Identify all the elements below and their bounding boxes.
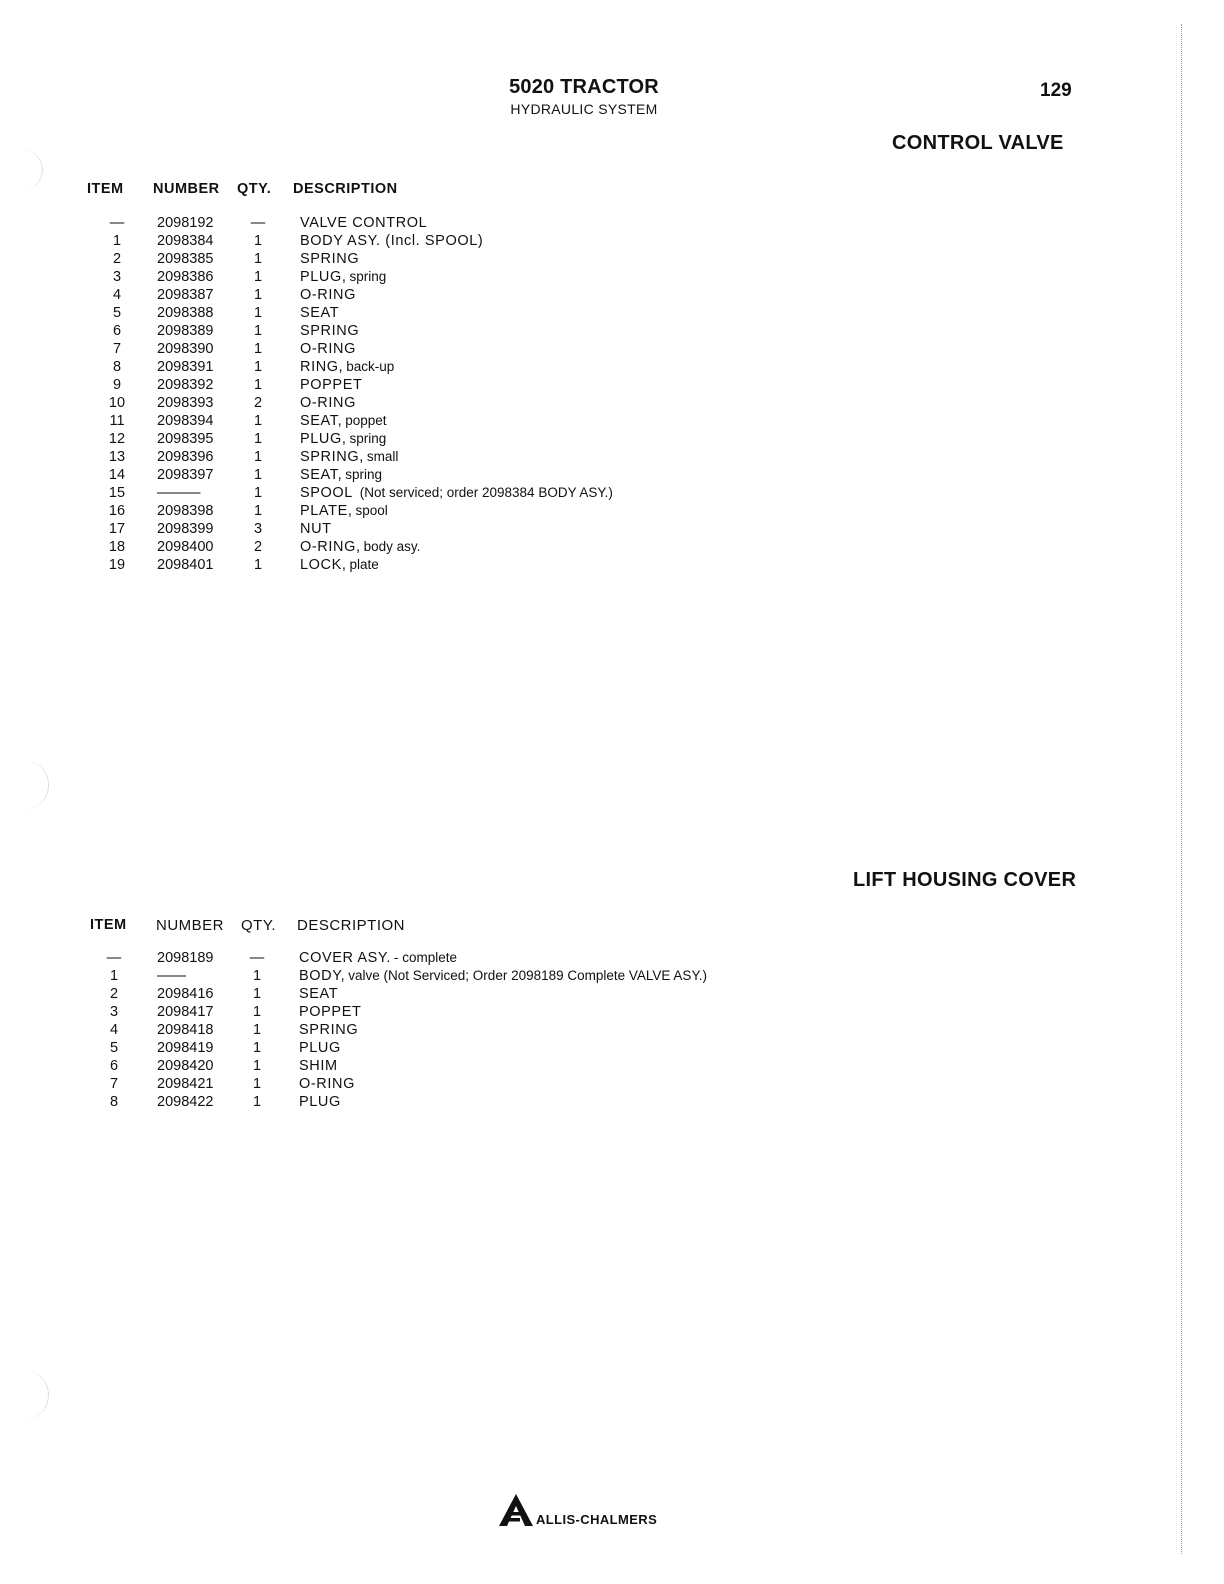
table-row: 15———1SPOOL (Not serviced; order 2098384… — [0, 485, 1000, 503]
description-main: COVER ASY. — [299, 950, 391, 966]
number-cell: 2098420 — [157, 1058, 213, 1074]
description-main: SEAT, — [300, 467, 342, 483]
allis-chalmers-logo-icon — [499, 1494, 533, 1526]
document-subtitle: HYDRAULIC SYSTEM — [0, 101, 1168, 117]
item-cell: 2 — [102, 251, 132, 267]
section-title-control-valve: CONTROL VALVE — [892, 132, 1064, 155]
number-cell: 2098399 — [157, 521, 213, 537]
qty-cell: 1 — [242, 1076, 272, 1092]
table-row: 420983871O-RING — [0, 287, 1000, 305]
number-cell: 2098391 — [157, 359, 213, 375]
description-main: LOCK, — [300, 557, 347, 573]
table-row: —2098192—VALVE CONTROL — [0, 215, 1000, 233]
description-detail: (Not serviced; order 2098384 BODY ASY.) — [356, 485, 613, 500]
item-cell: 1 — [102, 233, 132, 249]
table-row: 1020983932O-RING — [0, 395, 1000, 413]
column-header-qty: QTY. — [237, 181, 271, 197]
item-cell: 6 — [102, 323, 132, 339]
number-cell: 2098398 — [157, 503, 213, 519]
number-cell: 2098400 — [157, 539, 213, 555]
description-cell: O-RING — [300, 395, 359, 411]
number-cell: 2098386 — [157, 269, 213, 285]
description-cell: BODY ASY. (Incl. SPOOL) — [300, 233, 486, 249]
description-main: SEAT, — [300, 413, 342, 429]
number-cell: ——— — [157, 485, 201, 501]
description-cell: SHIM — [299, 1058, 341, 1074]
table-row: 1720983993NUT — [0, 521, 1000, 539]
brand-logo: ALLIS-CHALMERS — [499, 1494, 679, 1528]
number-cell: 2098417 — [157, 1004, 213, 1020]
qty-cell: 1 — [242, 1004, 272, 1020]
item-cell: 3 — [102, 269, 132, 285]
column-header-description: DESCRIPTION — [297, 917, 405, 934]
description-cell: PLUG,spring — [300, 431, 386, 447]
description-cell: SEAT — [299, 986, 341, 1002]
column-header-number: NUMBER — [156, 917, 224, 934]
description-detail: spring — [345, 467, 382, 482]
qty-cell: 1 — [242, 1058, 272, 1074]
description-cell: VALVE CONTROL — [300, 215, 430, 231]
column-header-qty: QTY. — [241, 917, 276, 934]
number-cell: 2098388 — [157, 305, 213, 321]
description-main: SEAT — [299, 986, 338, 1002]
number-cell: 2098422 — [157, 1094, 213, 1110]
description-main: O-RING — [300, 287, 356, 303]
table-row: 1120983941SEAT,poppet — [0, 413, 1000, 431]
table-row: 820983911RING,back-up — [0, 359, 1000, 377]
description-main: O-RING — [300, 395, 356, 411]
description-main: O-RING — [300, 341, 356, 357]
item-cell: 11 — [102, 413, 132, 429]
page-number: 129 — [1040, 80, 1072, 102]
qty-cell: 1 — [243, 305, 273, 321]
qty-cell: 1 — [243, 251, 273, 267]
description-cell: PLUG,spring — [300, 269, 386, 285]
description-detail: spool — [356, 503, 388, 518]
description-detail: - complete — [394, 950, 457, 965]
item-cell: 18 — [102, 539, 132, 555]
description-cell: O-RING,body asy. — [300, 539, 420, 555]
qty-cell: 1 — [242, 968, 272, 984]
qty-cell: 1 — [243, 269, 273, 285]
qty-cell: 1 — [243, 449, 273, 465]
qty-cell: 1 — [242, 1040, 272, 1056]
qty-cell: 1 — [243, 431, 273, 447]
item-cell: 15 — [102, 485, 132, 501]
qty-cell: 3 — [243, 521, 273, 537]
qty-cell: 1 — [243, 287, 273, 303]
number-cell: 2098385 — [157, 251, 213, 267]
description-detail: small — [367, 449, 399, 464]
description-cell: POPPET — [299, 1004, 364, 1020]
description-main: VALVE CONTROL — [300, 215, 427, 231]
number-cell: 2098397 — [157, 467, 213, 483]
description-main: SHIM — [299, 1058, 338, 1074]
table-row: 620984201SHIM — [0, 1058, 1000, 1076]
table-row: —2098189—COVER ASY.- complete — [0, 950, 1000, 968]
section-title-lift-housing-cover: LIFT HOUSING COVER — [853, 869, 1076, 892]
item-cell: 8 — [102, 359, 132, 375]
item-cell: 5 — [102, 305, 132, 321]
description-cell: O-RING — [299, 1076, 358, 1092]
item-cell: 5 — [99, 1040, 129, 1056]
number-cell: 2098401 — [157, 557, 213, 573]
column-header-item: ITEM — [90, 917, 127, 933]
number-cell: —— — [157, 968, 186, 984]
description-main: PLUG, — [300, 269, 347, 285]
item-cell: 19 — [102, 557, 132, 573]
description-main: SPRING — [299, 1022, 358, 1038]
qty-cell: 1 — [243, 557, 273, 573]
number-cell: 2098389 — [157, 323, 213, 339]
qty-cell: 1 — [243, 485, 273, 501]
scan-hole-mark — [20, 150, 43, 190]
item-cell: 1 — [99, 968, 129, 984]
table-row: 1220983951PLUG,spring — [0, 431, 1000, 449]
scan-edge-line — [1181, 24, 1182, 1554]
qty-cell: 1 — [243, 503, 273, 519]
description-cell: O-RING — [300, 341, 359, 357]
description-main: O-RING, — [300, 539, 361, 555]
number-cell: 2098394 — [157, 413, 213, 429]
description-cell: PLUG — [299, 1040, 344, 1056]
table-row: 220983851SPRING — [0, 251, 1000, 269]
table-row: 620983891SPRING — [0, 323, 1000, 341]
description-cell: O-RING — [300, 287, 359, 303]
item-cell: 3 — [99, 1004, 129, 1020]
item-cell: 12 — [102, 431, 132, 447]
description-detail: valve (Not Serviced; Order 2098189 Compl… — [348, 968, 707, 983]
item-cell: 13 — [102, 449, 132, 465]
column-header-description: DESCRIPTION — [293, 181, 398, 197]
description-cell: SPRING,small — [300, 449, 398, 465]
description-detail: spring — [350, 269, 387, 284]
description-main: SPRING — [300, 323, 359, 339]
number-cell: 2098387 — [157, 287, 213, 303]
qty-cell: 2 — [243, 539, 273, 555]
description-main: SPRING — [300, 251, 359, 267]
description-cell: LOCK,plate — [300, 557, 379, 573]
qty-cell: 1 — [243, 467, 273, 483]
document-title: 5020 TRACTOR — [0, 76, 1168, 99]
description-main: PLUG — [299, 1040, 341, 1056]
qty-cell: 1 — [243, 413, 273, 429]
description-cell: SPRING — [299, 1022, 361, 1038]
item-cell: 17 — [102, 521, 132, 537]
qty-cell: — — [242, 950, 272, 966]
qty-cell: 1 — [243, 323, 273, 339]
description-cell: SEAT,poppet — [300, 413, 387, 429]
number-cell: 2098396 — [157, 449, 213, 465]
number-cell: 2098395 — [157, 431, 213, 447]
description-main: SPOOL — [300, 485, 353, 501]
table-row: 520984191PLUG — [0, 1040, 1000, 1058]
description-main: NUT — [300, 521, 332, 537]
qty-cell: 1 — [243, 233, 273, 249]
qty-cell: 1 — [242, 986, 272, 1002]
description-main: SPRING, — [300, 449, 364, 465]
number-cell: 2098393 — [157, 395, 213, 411]
description-main: POPPET — [299, 1004, 361, 1020]
description-detail: plate — [350, 557, 379, 572]
description-cell: SEAT — [300, 305, 342, 321]
qty-cell: — — [243, 215, 273, 231]
number-cell: 2098390 — [157, 341, 213, 357]
description-main: BODY, — [299, 968, 345, 984]
description-cell: NUT — [300, 521, 335, 537]
description-cell: SPRING — [300, 323, 362, 339]
qty-cell: 1 — [242, 1094, 272, 1110]
table-row: 1420983971SEAT,spring — [0, 467, 1000, 485]
description-main: O-RING — [299, 1076, 355, 1092]
table-row: 220984161SEAT — [0, 986, 1000, 1004]
description-cell: COVER ASY.- complete — [299, 950, 457, 966]
scan-hole-mark — [20, 1370, 49, 1420]
description-cell: PLATE,spool — [300, 503, 388, 519]
table-row: 320984171POPPET — [0, 1004, 1000, 1022]
qty-cell: 1 — [243, 377, 273, 393]
description-detail: poppet — [345, 413, 386, 428]
table-row: 320983861PLUG,spring — [0, 269, 1000, 287]
description-cell: SEAT,spring — [300, 467, 382, 483]
item-cell: 7 — [99, 1076, 129, 1092]
table-row: 520983881SEAT — [0, 305, 1000, 323]
scan-hole-mark — [20, 760, 49, 810]
description-cell: SPRING — [300, 251, 362, 267]
column-header-number: NUMBER — [153, 181, 220, 197]
number-cell: 2098192 — [157, 215, 213, 231]
item-cell: 4 — [99, 1022, 129, 1038]
item-cell: 2 — [99, 986, 129, 1002]
description-main: RING, — [300, 359, 343, 375]
item-cell: 16 — [102, 503, 132, 519]
description-detail: back-up — [346, 359, 394, 374]
table-row: 720984211O-RING — [0, 1076, 1000, 1094]
brand-name: ALLIS-CHALMERS — [536, 1512, 657, 1527]
description-cell: PLUG — [299, 1094, 344, 1110]
table-row: 420984181SPRING — [0, 1022, 1000, 1040]
description-cell: SPOOL (Not serviced; order 2098384 BODY … — [300, 485, 613, 501]
number-cell: 2098419 — [157, 1040, 213, 1056]
table-row: 1620983981PLATE,spool — [0, 503, 1000, 521]
description-detail: body asy. — [364, 539, 421, 554]
item-cell: 8 — [99, 1094, 129, 1110]
item-cell: — — [102, 215, 132, 231]
description-detail: spring — [350, 431, 387, 446]
description-main: POPPET — [300, 377, 362, 393]
table-row: 820984221PLUG — [0, 1094, 1000, 1112]
description-cell: BODY,valve (Not Serviced; Order 2098189 … — [299, 968, 707, 984]
table-row: 1320983961SPRING,small — [0, 449, 1000, 467]
table-row: 120983841BODY ASY. (Incl. SPOOL) — [0, 233, 1000, 251]
item-cell: 4 — [102, 287, 132, 303]
number-cell: 2098189 — [157, 950, 213, 966]
number-cell: 2098416 — [157, 986, 213, 1002]
qty-cell: 1 — [242, 1022, 272, 1038]
table-row: 1820984002O-RING,body asy. — [0, 539, 1000, 557]
description-main: PLUG, — [300, 431, 347, 447]
item-cell: 10 — [102, 395, 132, 411]
item-cell: 9 — [102, 377, 132, 393]
table-row: 920983921POPPET — [0, 377, 1000, 395]
table-row: 1920984011LOCK,plate — [0, 557, 1000, 575]
qty-cell: 1 — [243, 341, 273, 357]
number-cell: 2098384 — [157, 233, 213, 249]
item-cell: 7 — [102, 341, 132, 357]
description-cell: RING,back-up — [300, 359, 394, 375]
number-cell: 2098392 — [157, 377, 213, 393]
description-main: BODY ASY. (Incl. SPOOL) — [300, 233, 483, 249]
number-cell: 2098421 — [157, 1076, 213, 1092]
column-header-item: ITEM — [87, 181, 124, 197]
item-cell: — — [99, 950, 129, 966]
description-main: SEAT — [300, 305, 339, 321]
table-row: 1——1BODY,valve (Not Serviced; Order 2098… — [0, 968, 1000, 986]
item-cell: 14 — [102, 467, 132, 483]
table-row: 720983901O-RING — [0, 341, 1000, 359]
item-cell: 6 — [99, 1058, 129, 1074]
description-main: PLATE, — [300, 503, 353, 519]
description-cell: POPPET — [300, 377, 365, 393]
description-main: PLUG — [299, 1094, 341, 1110]
qty-cell: 2 — [243, 395, 273, 411]
number-cell: 2098418 — [157, 1022, 213, 1038]
qty-cell: 1 — [243, 359, 273, 375]
